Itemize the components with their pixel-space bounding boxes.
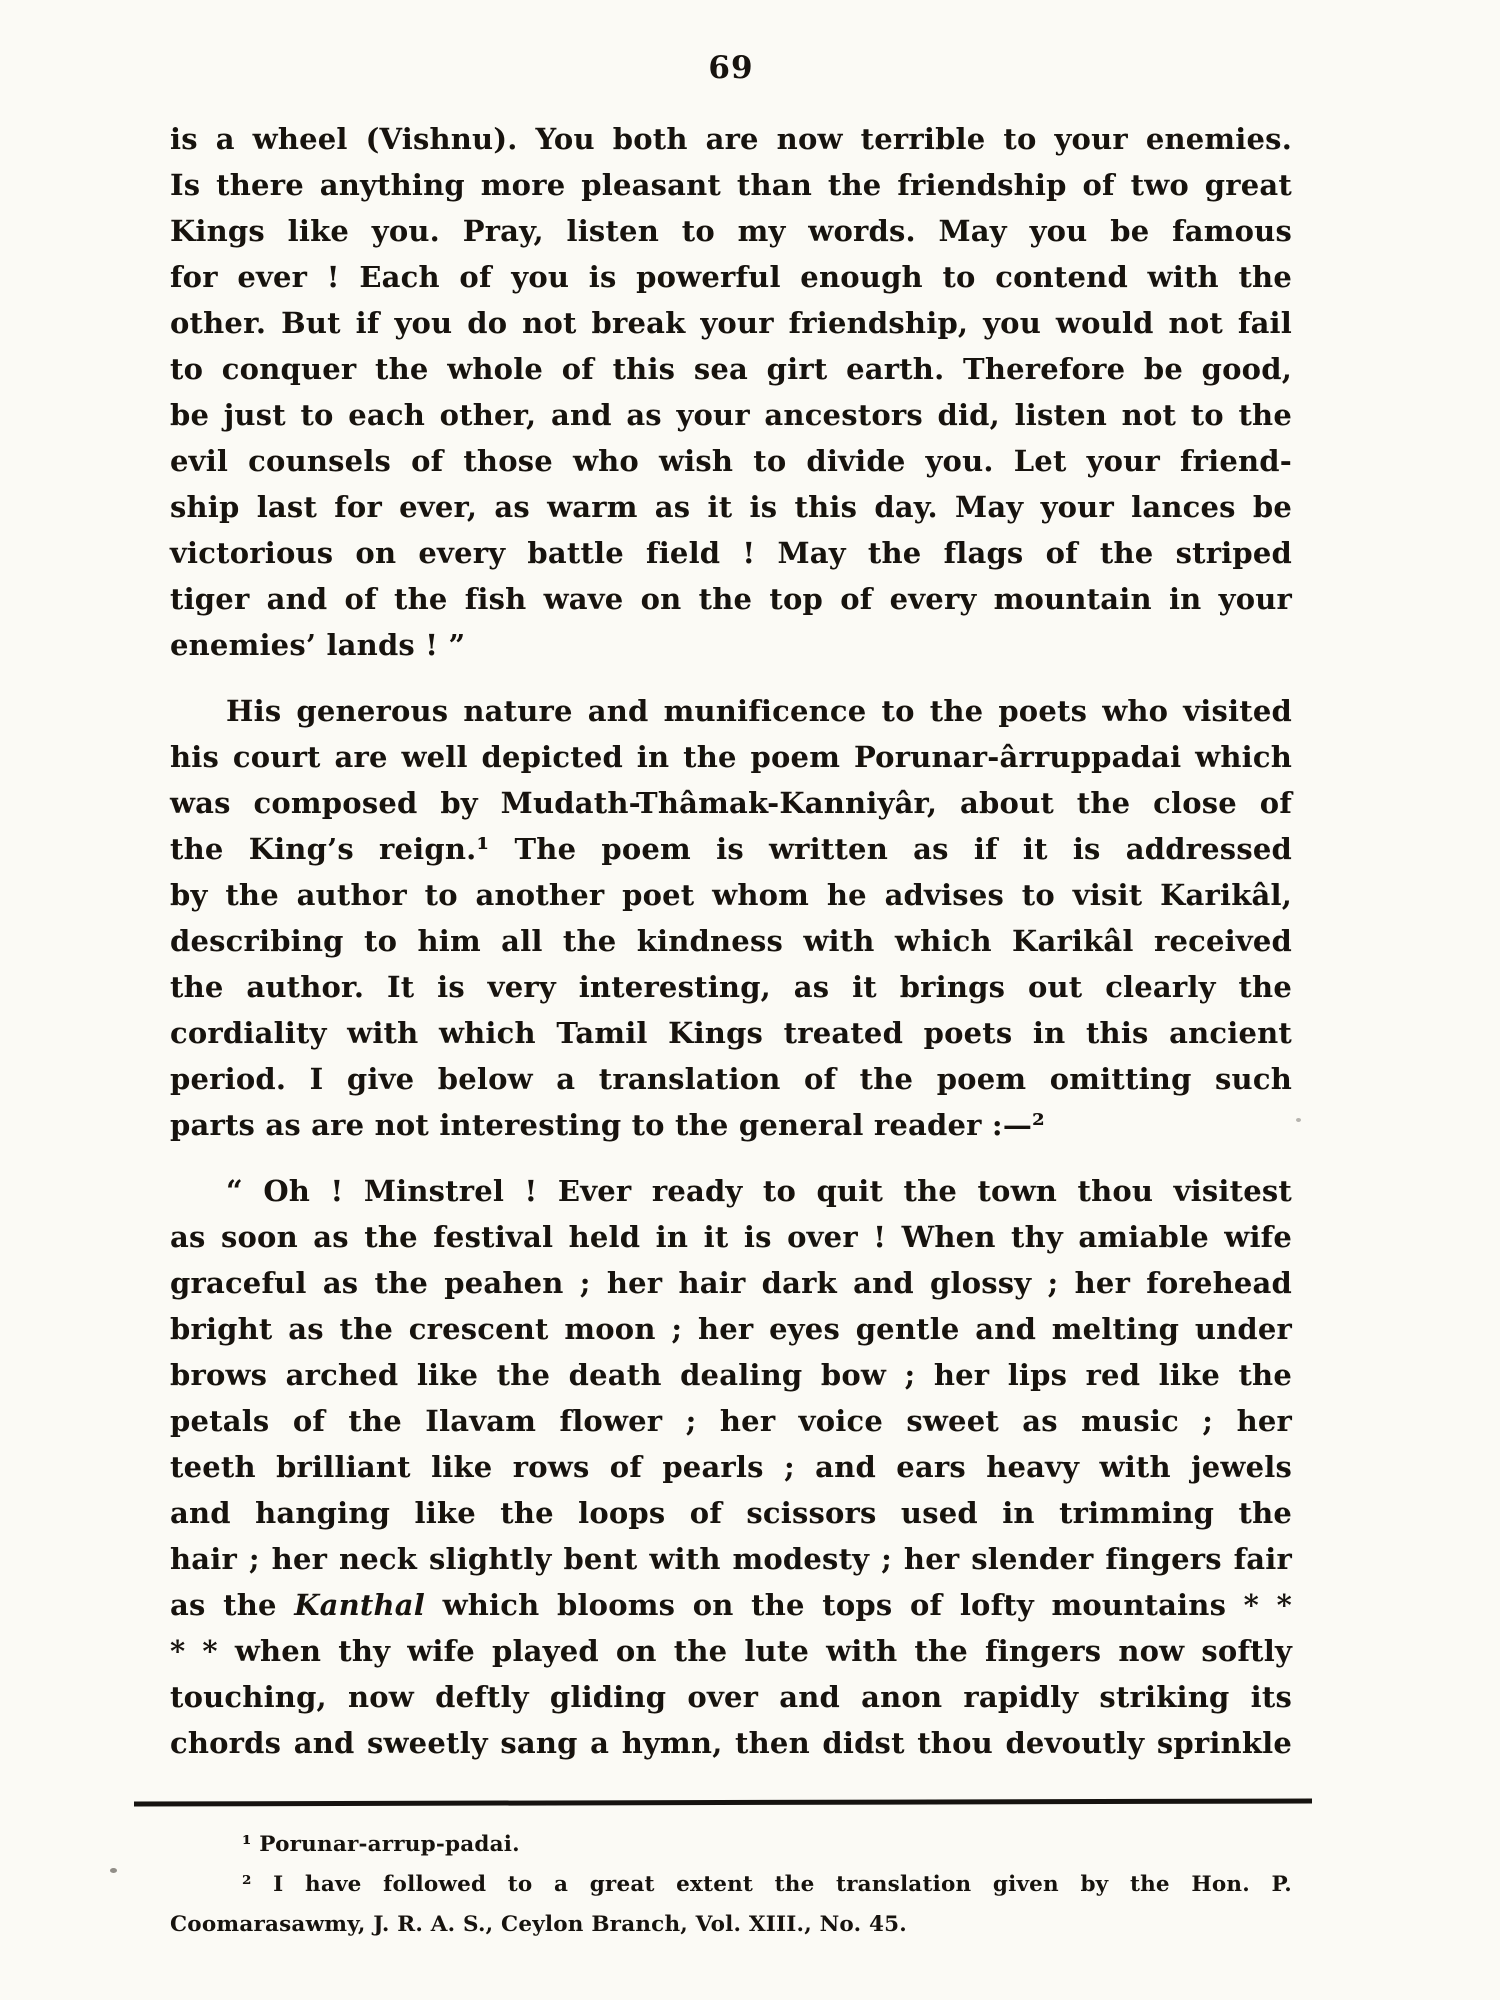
text-line: the King’s reign.¹ The poem is written a… <box>170 826 1292 872</box>
footnote-2-line-1: ² I have followed to a great extent the … <box>170 1865 1292 1905</box>
text-line: Is there anything more pleasant than the… <box>170 162 1292 208</box>
text-line: and hanging like the loops of scissors u… <box>170 1490 1292 1536</box>
scan-speck <box>1296 1118 1301 1122</box>
text-line: hair ; her neck slightly bent with modes… <box>170 1536 1292 1582</box>
text-line: was composed by Mudath-Thâmak-Kanniyâr, … <box>170 780 1292 826</box>
text-line: as soon as the festival held in it is ov… <box>170 1214 1292 1260</box>
paragraph-speech: is a wheel (Vishnu). You both are now te… <box>170 116 1292 668</box>
text-line: be just to each other, and as your ances… <box>170 392 1292 438</box>
text-line: enemies’ lands ! ” <box>170 622 1292 668</box>
text-line: is a wheel (Vishnu). You both are now te… <box>170 116 1292 162</box>
footnote-1: ¹ Porunar-arrup-padai. <box>170 1825 1292 1865</box>
text-line: chords and sweetly sang a hymn, then did… <box>170 1720 1292 1766</box>
text-line: tiger and of the fish wave on the top of… <box>170 576 1292 622</box>
text-line: the author. It is very interesting, as i… <box>170 964 1292 1010</box>
text-line: by the author to another poet whom he ad… <box>170 872 1292 918</box>
text-line: for ever ! Each of you is powerful enoug… <box>170 254 1292 300</box>
text-line: describing to him all the kindness with … <box>170 918 1292 964</box>
page-number: 69 <box>170 50 1292 86</box>
scan-speck <box>110 1868 117 1873</box>
footnote-2-line-2: Coomarasawmy, J. R. A. S., Ceylon Branch… <box>170 1905 1292 1945</box>
text-line: “ Oh ! Minstrel ! Ever ready to quit the… <box>170 1168 1292 1214</box>
text-line: Kings like you. Pray, listen to my words… <box>170 208 1292 254</box>
text-line: evil counsels of those who wish to divid… <box>170 438 1292 484</box>
text-line-kanthal: as the Kanthal which blooms on the tops … <box>170 1582 1292 1628</box>
text-line: period. I give below a translation of th… <box>170 1056 1292 1102</box>
paragraph-generous-nature: His generous nature and munificence to t… <box>170 688 1292 1148</box>
kanthal-post-text: which blooms on the tops of lofty mounta… <box>425 1588 1292 1622</box>
text-line: victorious on every battle field ! May t… <box>170 530 1292 576</box>
text-line: to conquer the whole of this sea girt ea… <box>170 346 1292 392</box>
text-line: other. But if you do not break your frie… <box>170 300 1292 346</box>
footnote-divider-rule <box>134 1798 1312 1806</box>
paragraph-poem-translation: “ Oh ! Minstrel ! Ever ready to quit the… <box>170 1168 1292 1766</box>
text-line: cordiality with which Tamil Kings treate… <box>170 1010 1292 1056</box>
text-line: touching, now deftly gliding over and an… <box>170 1674 1292 1720</box>
text-line: his court are well depicted in the poem … <box>170 734 1292 780</box>
book-page: 69 is a wheel (Vishnu). You both are now… <box>0 0 1500 2000</box>
text-line: ship last for ever, as warm as it is thi… <box>170 484 1292 530</box>
kanthal-pre-text: as the <box>170 1588 294 1622</box>
kanthal-italic-word: Kanthal <box>294 1588 425 1622</box>
text-line: parts as are not interesting to the gene… <box>170 1102 1292 1148</box>
text-line: brows arched like the death dealing bow … <box>170 1352 1292 1398</box>
text-line: graceful as the peahen ; her hair dark a… <box>170 1260 1292 1306</box>
footnotes-section: ¹ Porunar-arrup-padai. ² I have followed… <box>170 1825 1292 1945</box>
text-line: teeth brilliant like rows of pearls ; an… <box>170 1444 1292 1490</box>
text-line: petals of the Ilavam flower ; her voice … <box>170 1398 1292 1444</box>
text-line: His generous nature and munificence to t… <box>170 688 1292 734</box>
text-line: * * when thy wife played on the lute wit… <box>170 1628 1292 1674</box>
text-line: bright as the crescent moon ; her eyes g… <box>170 1306 1292 1352</box>
